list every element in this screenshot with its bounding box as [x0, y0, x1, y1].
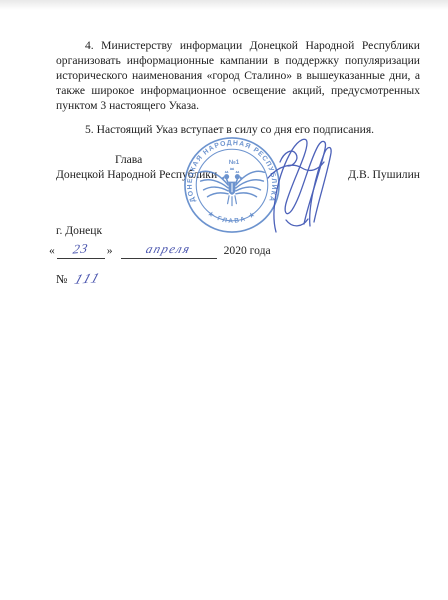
body-paragraph-5: 5. Настоящий Указ вступает в силу со дня…: [56, 122, 420, 137]
date-line: «23»апреля2020 года: [49, 243, 271, 259]
stamp-number: №1: [229, 159, 240, 166]
date-close-quote: »: [107, 244, 113, 257]
date-day-handwritten: 23: [72, 241, 90, 256]
decree-document-page: 4. Министерству информации Донецкой Наро…: [0, 0, 448, 600]
number-line: №111: [56, 272, 100, 288]
scan-edge-shadow: [0, 0, 448, 10]
date-year-suffix: 2020 года: [224, 244, 271, 257]
place-line: г. Донецк: [56, 224, 102, 237]
document-body: 4. Министерству информации Донецкой Наро…: [56, 38, 420, 137]
date-month-handwritten: апреля: [145, 242, 193, 256]
date-month-blank: апреля: [121, 243, 217, 259]
handwritten-signature: [258, 122, 338, 238]
eagle-emblem: [200, 167, 265, 205]
date-day-blank: 23: [57, 243, 105, 259]
number-value-handwritten: 111: [72, 271, 103, 289]
number-label: №: [56, 272, 67, 286]
date-open-quote: «: [49, 244, 55, 257]
signer-name: Д.В. Пушилин: [348, 167, 420, 182]
body-paragraph-4: 4. Министерству информации Донецкой Наро…: [56, 38, 420, 113]
stamp-bottom-text: ★ ГЛАВА ★: [205, 210, 257, 225]
